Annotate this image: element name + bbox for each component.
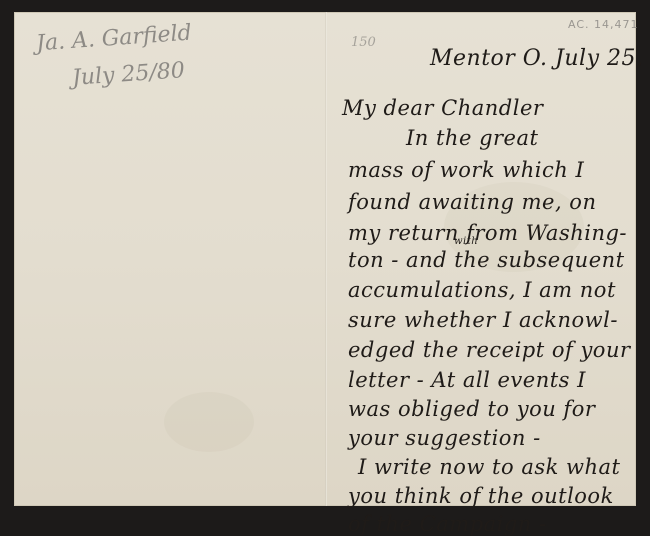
- letter-line: you think of the outlook: [348, 484, 614, 508]
- letter-line: In the great: [406, 126, 538, 150]
- letter-line: sure whether I acknowl-: [348, 308, 618, 332]
- docket-name: Ja. A. Garfield: [35, 21, 192, 57]
- letter-paper: Ja. A. Garfield July 25/80 AC. 14,471 15…: [14, 12, 636, 506]
- letter-line: my return from Washing-: [348, 221, 627, 245]
- accession-number: AC. 14,471: [568, 18, 639, 31]
- letter-salutation: My dear Chandler: [342, 96, 543, 120]
- document-frame: Ja. A. Garfield July 25/80 AC. 14,471 15…: [0, 0, 650, 520]
- paper-stain: [164, 392, 254, 452]
- page-number: 150: [351, 35, 376, 50]
- letter-line: I write now to ask what: [358, 455, 620, 479]
- fold-line: [325, 12, 327, 506]
- letter-line: edged the receipt of your: [348, 338, 631, 362]
- interlinear-insertion: with: [454, 236, 478, 247]
- letter-dateline: Mentor O. July 25, 1880: [430, 46, 650, 71]
- letter-line: mass of work which I: [348, 158, 584, 182]
- letter-line: ton - and the subsequent: [348, 248, 625, 272]
- letter-line: letter - At all events I: [348, 368, 586, 392]
- letter-line: was obliged to you for: [348, 397, 595, 421]
- letter-line: of the Campaign -: [348, 512, 547, 520]
- docket-date: July 25/80: [71, 58, 185, 91]
- letter-line: found awaiting me, on: [348, 190, 596, 214]
- letter-line: accumulations, I am not: [348, 278, 616, 302]
- letter-line: your suggestion -: [348, 426, 541, 450]
